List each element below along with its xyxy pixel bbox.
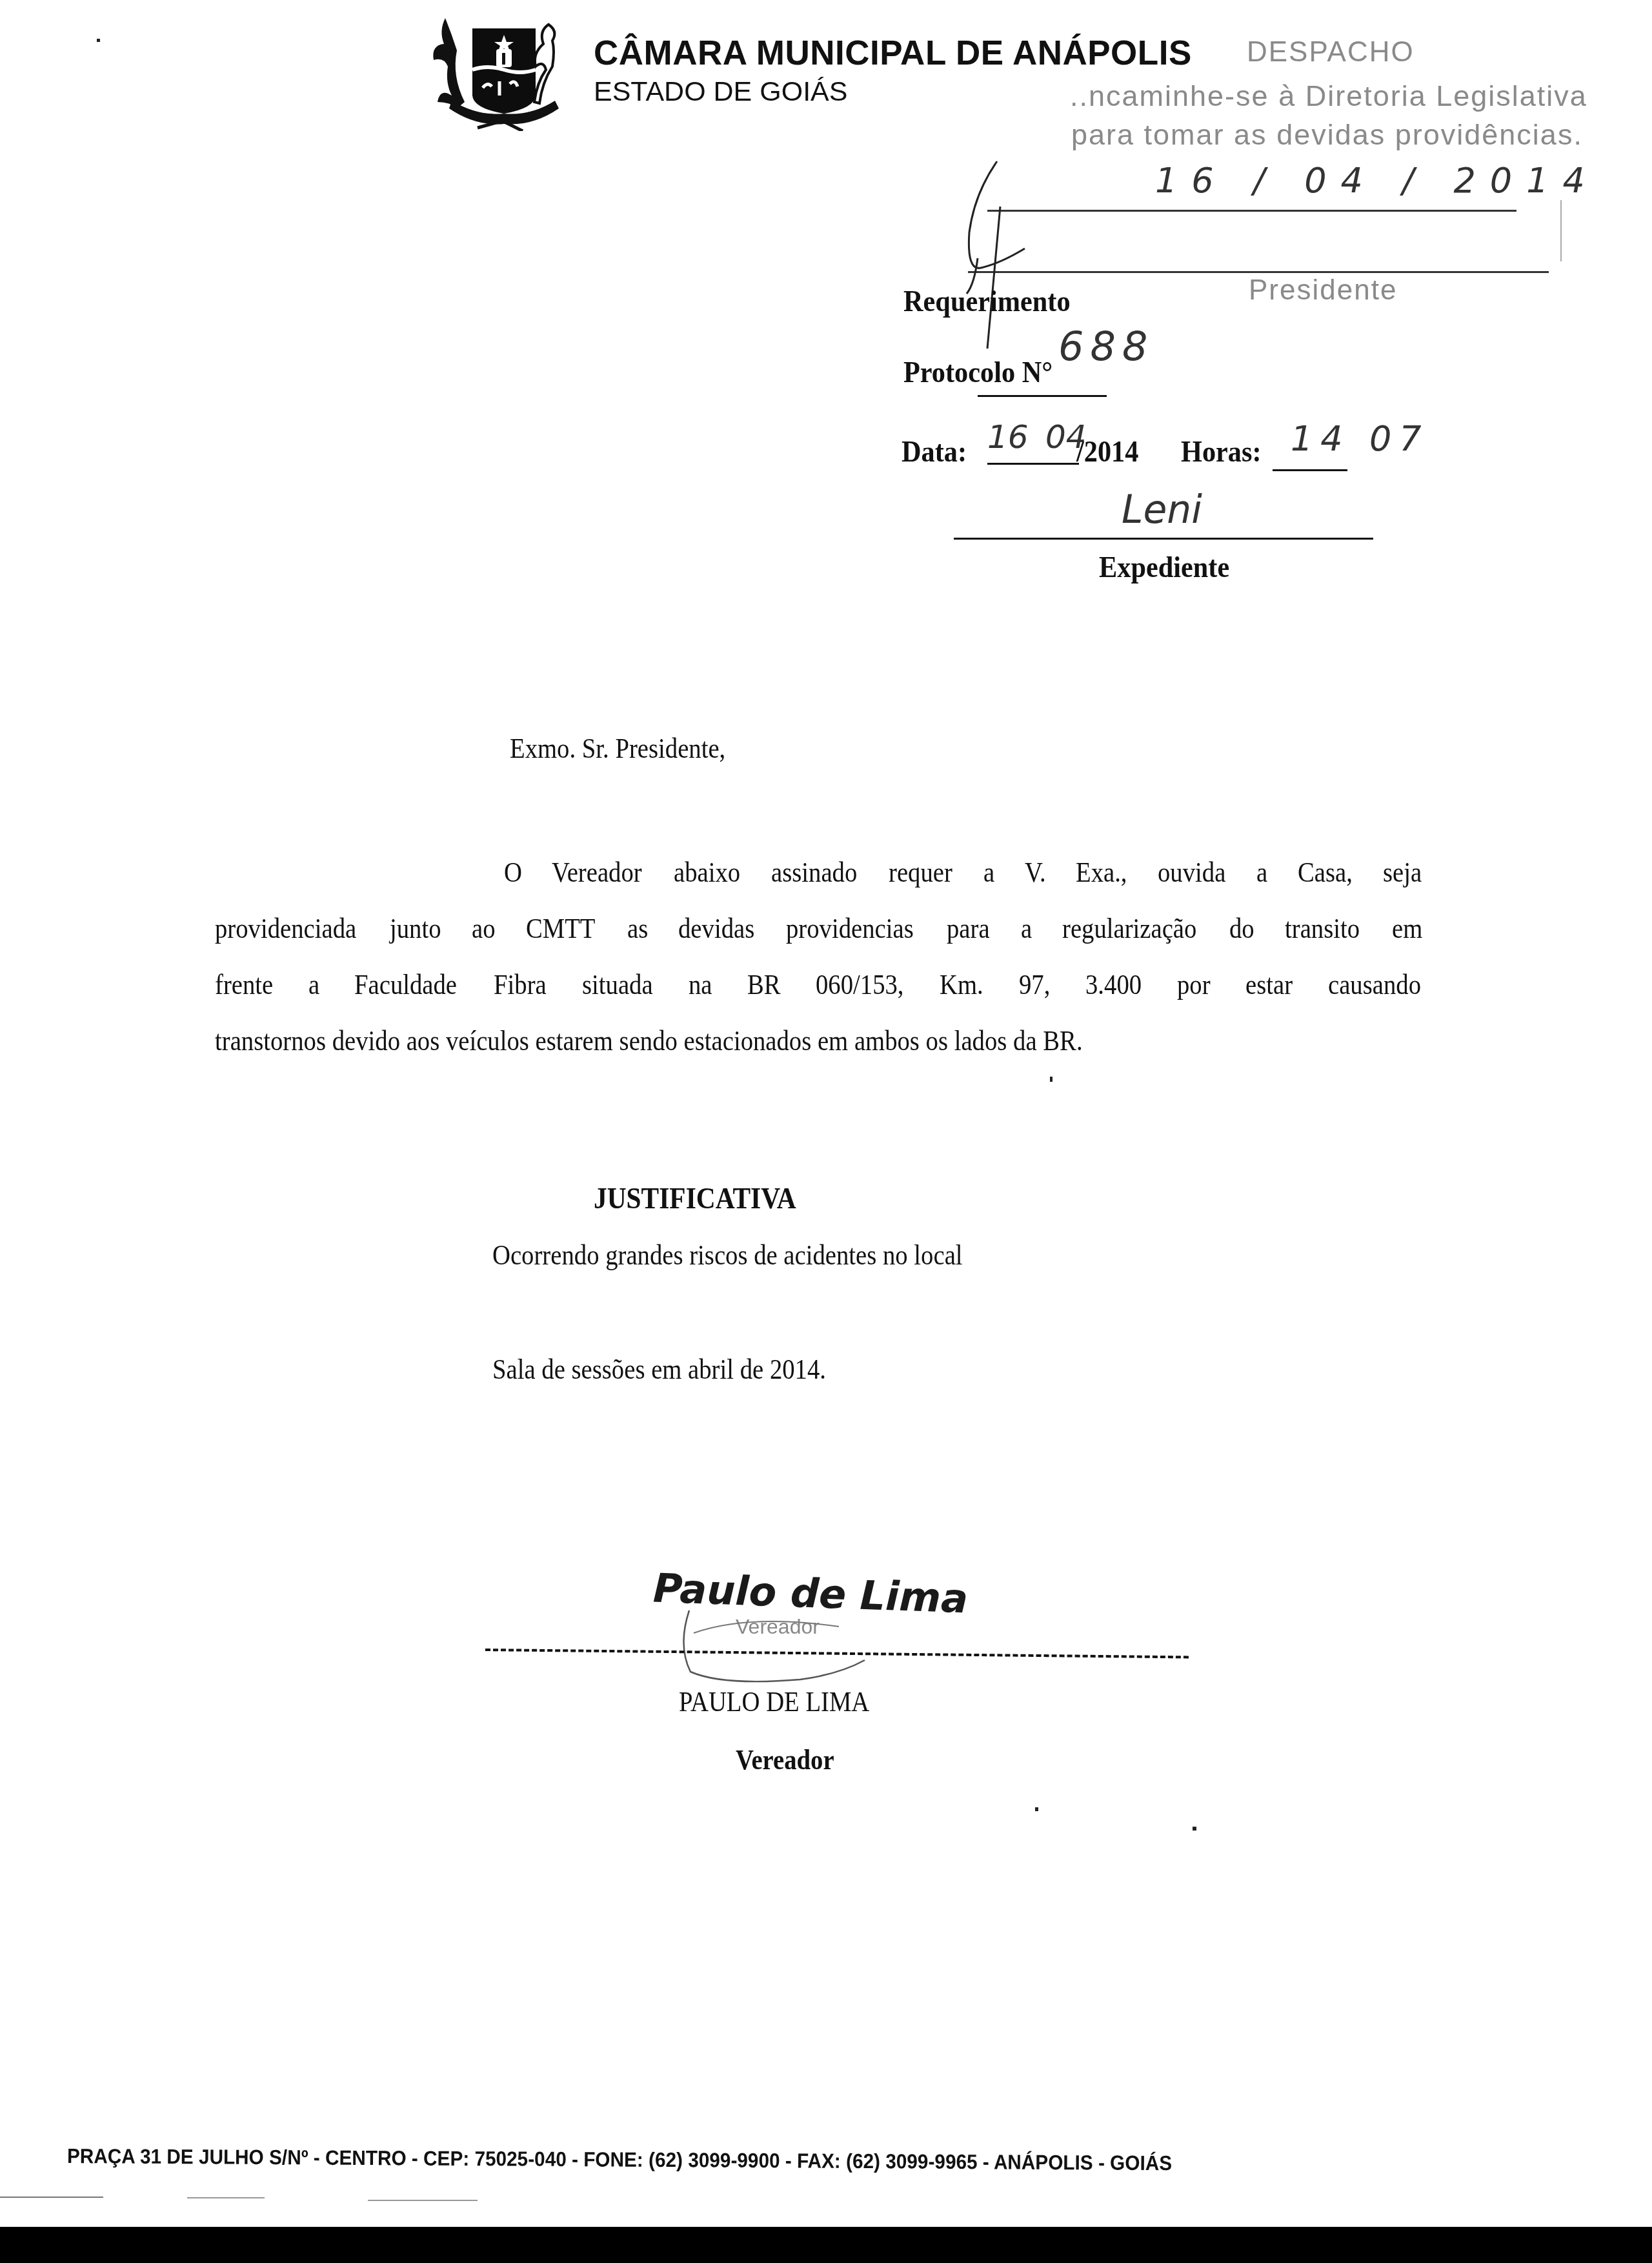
paragraph-line: OVereadorabaixoassinadorequeraV.Exa.,ouv… — [215, 844, 1423, 900]
horas-value: 14 07 — [1291, 418, 1429, 459]
paragraph-word: Fibra — [494, 957, 547, 1013]
paragraph-word: ao — [472, 900, 496, 957]
paragraph-word: do — [1229, 900, 1254, 957]
scan-border-bar — [0, 2227, 1652, 2263]
paragraph-word: transito — [1285, 900, 1360, 957]
despacho-handwritten-date: 16 / 04 / 2014 — [1155, 160, 1599, 201]
president-signature — [962, 155, 1052, 355]
paragraph-word: abaixo — [674, 844, 740, 900]
paragraph-word: devidas — [678, 900, 754, 957]
paragraph-word: para — [947, 900, 990, 957]
paragraph-word: CMTT — [526, 900, 596, 957]
despacho-stamp-title: DESPACHO — [1247, 36, 1415, 68]
data-month-line — [1034, 463, 1079, 465]
presidente-stamp-label: Presidente — [1249, 274, 1397, 307]
paragraph-word: situada — [582, 957, 653, 1013]
paragraph-word: O — [504, 844, 522, 900]
paragraph-word: 97, — [1019, 957, 1050, 1013]
expediente-initials: Leni — [1122, 487, 1202, 533]
paragraph-word: as — [627, 900, 648, 957]
paragraph-word: causando — [1328, 957, 1421, 1013]
paragraph-word: por — [1177, 957, 1211, 1013]
paragraph-word: junto — [390, 900, 441, 957]
paragraph-word: providenciada — [215, 900, 356, 957]
justification-text: Ocorrendo grandes riscos de acidentes no… — [492, 1238, 963, 1272]
protocolo-label: Protocolo N° — [903, 355, 1053, 389]
paragraph-word: a — [1021, 900, 1032, 957]
paragraph-word: Km. — [940, 957, 983, 1013]
justification-heading: JUSTIFICATIVA — [594, 1181, 796, 1215]
salutation: Exmo. Sr. Presidente, — [510, 731, 725, 765]
state-subtitle: ESTADO DE GOIÁS — [594, 76, 847, 108]
paragraph-word: em — [1392, 900, 1422, 957]
data-day: 16 — [987, 418, 1029, 456]
despacho-date-line — [987, 210, 1516, 212]
paragraph-word: Casa, — [1298, 844, 1353, 900]
protocolo-number: 688 — [1058, 323, 1154, 370]
despacho-signature-line — [968, 271, 1549, 273]
paragraph-word: seja — [1383, 844, 1422, 900]
scan-speck — [1035, 1807, 1038, 1811]
scan-speck — [1050, 1077, 1053, 1082]
paragraph-line: frenteaFaculdadeFibrasituadanaBR060/153,… — [215, 957, 1423, 1013]
paragraph-line: transtornos devido aos veículos estarem … — [215, 1013, 1423, 1069]
paragraph-word: BR — [747, 957, 781, 1013]
horas-label: Horas: — [1181, 434, 1262, 469]
paragraph-word: a — [983, 844, 994, 900]
scan-artifact — [368, 2200, 478, 2201]
horas-row: Horas: — [1181, 434, 1268, 469]
paragraph-word: Faculdade — [354, 957, 457, 1013]
paragraph-word: Exa., — [1076, 844, 1127, 900]
request-paragraph: OVereadorabaixoassinadorequeraV.Exa.,ouv… — [215, 844, 1423, 1069]
data-year: /2014 — [1076, 434, 1144, 469]
expediente-line — [954, 538, 1373, 540]
closing-line: Sala de sessões em abril de 2014. — [492, 1352, 826, 1386]
scan-speck — [97, 39, 100, 42]
institution-title: CÂMARA MUNICIPAL DE ANÁPOLIS — [594, 34, 1192, 73]
paragraph-word: requer — [889, 844, 952, 900]
paragraph-word: transtornos devido aos veículos estarem … — [215, 1013, 1083, 1069]
paragraph-word: estar — [1245, 957, 1293, 1013]
paragraph-word: frente — [215, 957, 273, 1013]
scan-artifact — [0, 2197, 103, 2198]
paragraph-word: Vereador — [552, 844, 642, 900]
horas-line — [1273, 469, 1347, 471]
signer-role: Vereador — [736, 1743, 834, 1776]
paragraph-word: a — [1256, 844, 1267, 900]
signer-name: PAULO DE LIMA — [679, 1685, 869, 1718]
signature-scribble — [671, 1607, 878, 1691]
paragraph-word: assinado — [771, 844, 857, 900]
footer-address: PRAÇA 31 DE JULHO S/Nº - CENTRO - CEP: 7… — [67, 2144, 1172, 2175]
protocolo-line — [978, 395, 1107, 397]
data-day-line — [987, 463, 1036, 465]
requerimento-label: Requerimento — [903, 284, 1071, 318]
paragraph-word: a — [308, 957, 319, 1013]
data-label: Data: — [902, 434, 967, 469]
scan-artifact — [187, 2197, 265, 2198]
paragraph-word: 060/153, — [816, 957, 904, 1013]
despacho-stamp-line: ..ncaminhe-se à Diretoria Legislativa — [1070, 79, 1587, 113]
paragraph-line: providenciadajuntoaoCMTTasdevidasprovide… — [215, 900, 1423, 957]
scan-speck — [1193, 1827, 1196, 1831]
data-row: Data: — [902, 434, 972, 469]
despacho-stamp-line: para tomar as devidas providências. — [1071, 118, 1583, 152]
paragraph-word: regularização — [1062, 900, 1196, 957]
paragraph-word: providencias — [786, 900, 914, 957]
paragraph-word: V. — [1025, 844, 1046, 900]
expediente-label: Expediente — [1099, 550, 1229, 584]
coat-of-arms-icon — [426, 5, 565, 131]
paragraph-word: na — [689, 957, 712, 1013]
paragraph-word: ouvida — [1158, 844, 1225, 900]
stamp-border — [1560, 200, 1562, 261]
paragraph-word: 3.400 — [1085, 957, 1142, 1013]
